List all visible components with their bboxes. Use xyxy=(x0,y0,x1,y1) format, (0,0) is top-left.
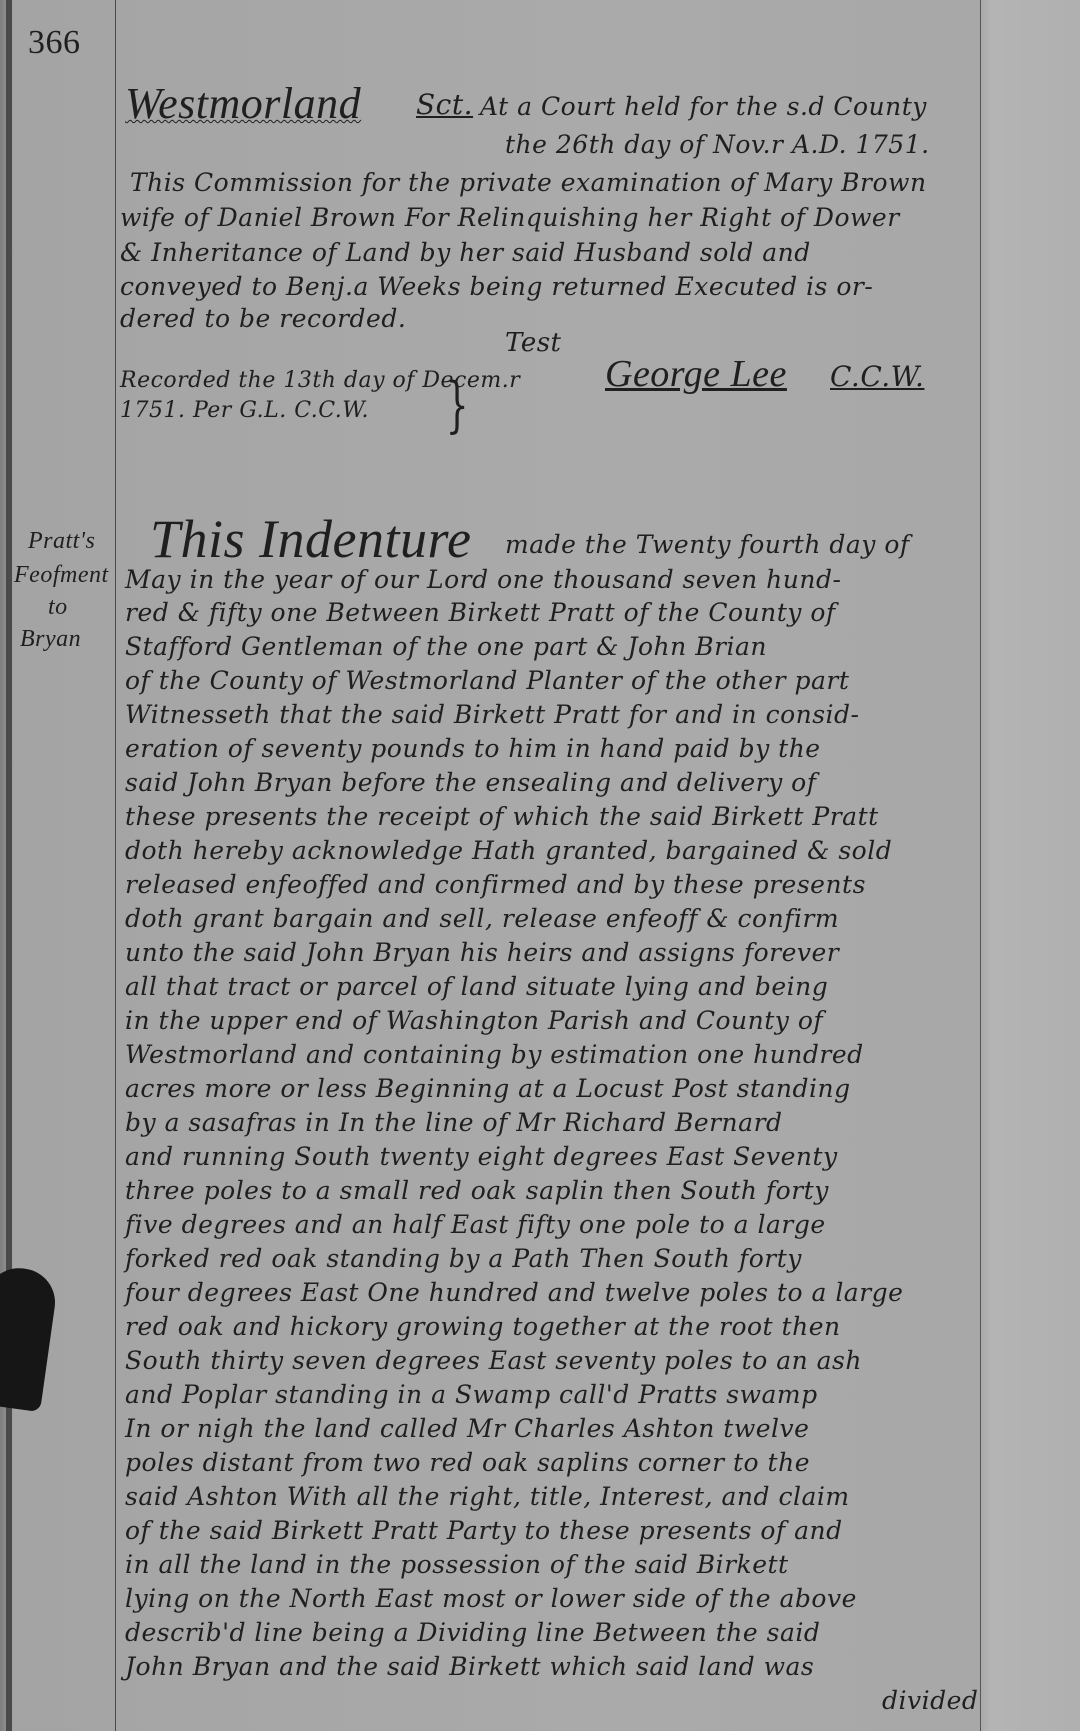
clerk-signature: George Lee xyxy=(605,352,787,396)
indenture-line: four degrees East One hundred and twelve… xyxy=(125,1278,903,1307)
indenture-line: In or nigh the land called Mr Charles As… xyxy=(125,1414,809,1443)
indenture-line: in the upper end of Washington Parish an… xyxy=(125,1006,823,1035)
commission-line: conveyed to Benj.a Weeks being returned … xyxy=(120,272,873,301)
indenture-line: three poles to a small red oak saplin th… xyxy=(125,1176,829,1205)
court-line-1: At a Court held for the s.d County xyxy=(480,92,927,121)
ledger-page: 366 Westmorland Sct. At a Court held for… xyxy=(0,0,1080,1731)
indenture-line: released enfeoffed and confirmed and by … xyxy=(125,870,866,899)
test-label: Test xyxy=(505,328,562,358)
indenture-line: Westmorland and containing by estimation… xyxy=(125,1040,864,1069)
indenture-line: poles distant from two red oak saplins c… xyxy=(125,1448,810,1477)
indenture-line: of the County of Westmorland Planter of … xyxy=(125,666,849,695)
court-line-2: the 26th day of Nov.r A.D. 1751. xyxy=(505,130,930,159)
commission-line: wife of Daniel Brown For Relinquishing h… xyxy=(120,203,900,232)
commission-line: dered to be recorded. xyxy=(120,304,406,333)
indenture-line: forked red oak standing by a Path Then S… xyxy=(125,1244,802,1273)
indenture-line: describ'd line being a Dividing line Bet… xyxy=(125,1618,820,1647)
indenture-line: made the Twenty fourth day of xyxy=(505,530,910,559)
indenture-line: by a sasafras in In the line of Mr Richa… xyxy=(125,1108,783,1137)
indenture-line: red & fifty one Between Birkett Pratt of… xyxy=(125,598,836,627)
indenture-line: these presents the receipt of which the … xyxy=(125,802,879,831)
indenture-line: Witnesseth that the said Birkett Pratt f… xyxy=(125,700,860,729)
indenture-line: lying on the North East most or lower si… xyxy=(125,1584,857,1613)
indenture-line: eration of seventy pounds to him in hand… xyxy=(125,734,821,763)
margin-note: Feofment xyxy=(14,562,109,589)
indenture-line: doth grant bargain and sell, release enf… xyxy=(125,904,839,933)
indenture-line: red oak and hickory growing together at … xyxy=(125,1312,841,1341)
indenture-line: in all the land in the possession of the… xyxy=(125,1550,789,1579)
margin-note: Bryan xyxy=(20,626,81,653)
indenture-line: all that tract or parcel of land situate… xyxy=(125,972,828,1001)
recorded-note: 1751. Per G.L. C.C.W. xyxy=(120,398,369,423)
clerk-title: C.C.W. xyxy=(830,360,924,393)
indenture-line: of the said Birkett Pratt Party to these… xyxy=(125,1516,843,1545)
county-title: Westmorland xyxy=(125,78,361,129)
indenture-line: acres more or less Beginning at a Locust… xyxy=(125,1074,851,1103)
commission-line: & Inheritance of Land by her said Husban… xyxy=(120,238,811,267)
commission-line: This Commission for the private examinat… xyxy=(130,168,927,197)
catchword: divided xyxy=(882,1686,978,1715)
left-margin-rule xyxy=(115,0,116,1731)
margin-note: Pratt's xyxy=(28,528,95,555)
indenture-line: Stafford Gentleman of the one part & Joh… xyxy=(125,632,767,661)
brace-mark: } xyxy=(446,370,469,440)
set-label: Sct. xyxy=(416,88,473,121)
indenture-line: unto the said John Bryan his heirs and a… xyxy=(125,938,839,967)
binding-edge xyxy=(6,0,12,1731)
page-number: 366 xyxy=(28,24,81,62)
indenture-line: doth hereby acknowledge Hath granted, ba… xyxy=(125,836,892,865)
margin-note: to xyxy=(48,594,68,621)
right-margin-rule xyxy=(980,0,981,1731)
indenture-line: and Poplar standing in a Swamp call'd Pr… xyxy=(125,1380,818,1409)
indenture-line: said John Bryan before the ensealing and… xyxy=(125,768,816,797)
indenture-line: and running South twenty eight degrees E… xyxy=(125,1142,838,1171)
indenture-line: South thirty seven degrees East seventy … xyxy=(125,1346,862,1375)
indenture-line: John Bryan and the said Birkett which sa… xyxy=(125,1652,814,1681)
indenture-line: May in the year of our Lord one thousand… xyxy=(125,565,841,594)
indenture-heading: This Indenture xyxy=(150,508,471,570)
indenture-line: five degrees and an half East fifty one … xyxy=(125,1210,826,1239)
indenture-line: said Ashton With all the right, title, I… xyxy=(125,1482,850,1511)
thumb-shadow xyxy=(0,1264,59,1412)
